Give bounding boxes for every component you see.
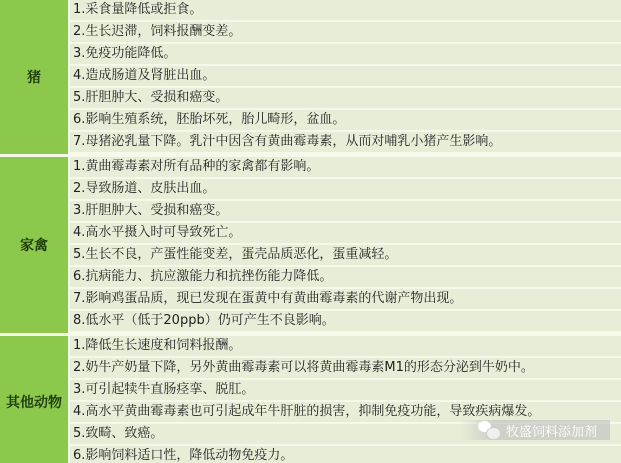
list-item: 1.黄曲霉毒素对所有品种的家禽都有影响。 bbox=[70, 157, 621, 179]
group-poultry: 家禽 1.黄曲霉毒素对所有品种的家禽都有影响。 2.导致肠道、皮肤出血。 3.肝… bbox=[0, 154, 621, 333]
group-label: 家禽 bbox=[0, 157, 70, 333]
item-list: 1.黄曲霉毒素对所有品种的家禽都有影响。 2.导致肠道、皮肤出血。 3.肝胆肿大… bbox=[70, 157, 621, 333]
list-item: 5.肝胆肿大、受损和癌变。 bbox=[70, 88, 621, 110]
list-item: 2.生长迟滞，饲料报酬变差。 bbox=[70, 22, 621, 44]
list-item: 2.导致肠道、皮肤出血。 bbox=[70, 179, 621, 201]
list-item: 4.高水平摄入时可导致死亡。 bbox=[70, 223, 621, 245]
list-item: 3.免疫功能降低。 bbox=[70, 44, 621, 66]
group-other-animals: 其他动物 1.降低生长速度和饲料报酬。 2.奶牛产奶量下降，另外黄曲霉毒素可以将… bbox=[0, 333, 621, 463]
list-item: 1.降低生长速度和饲料报酬。 bbox=[70, 336, 621, 358]
item-list: 1.降低生长速度和饲料报酬。 2.奶牛产奶量下降，另外黄曲霉毒素可以将黄曲霉毒素… bbox=[70, 336, 621, 463]
list-item: 6.影响生殖系统，胚胎坏死，胎儿畸形，盆血。 bbox=[70, 110, 621, 132]
list-item: 5.生长不良，产蛋性能变差，蛋壳品质恶化，蛋重减轻。 bbox=[70, 245, 621, 267]
wechat-icon bbox=[478, 421, 500, 439]
watermark: 牧盛饲料添加剂 bbox=[460, 420, 610, 440]
watermark-text: 牧盛饲料添加剂 bbox=[506, 421, 597, 440]
list-item: 4.造成肠道及肾脏出血。 bbox=[70, 66, 621, 88]
aflatoxin-effects-table: 猪 1.采食量降低或拒食。 2.生长迟滞，饲料报酬变差。 3.免疫功能降低。 4… bbox=[0, 0, 621, 463]
item-list: 1.采食量降低或拒食。 2.生长迟滞，饲料报酬变差。 3.免疫功能降低。 4.造… bbox=[70, 0, 621, 154]
list-item: 7.影响鸡蛋品质，现已发现在蛋黄中有黄曲霉毒素的代谢产物出现。 bbox=[70, 289, 621, 311]
list-item: 8.低水平（低于20ppb）仍可产生不良影响。 bbox=[70, 311, 621, 333]
group-pig: 猪 1.采食量降低或拒食。 2.生长迟滞，饲料报酬变差。 3.免疫功能降低。 4… bbox=[0, 0, 621, 154]
list-item: 1.采食量降低或拒食。 bbox=[70, 0, 621, 22]
list-item: 6.影响饲料适口性，降低动物免疫力。 bbox=[70, 446, 621, 463]
list-item: 3.可引起犊牛直肠痉挛、脱肛。 bbox=[70, 380, 621, 402]
list-item: 7.母猪泌乳量下降。乳汁中因含有黄曲霉毒素，从而对哺乳小猪产生影响。 bbox=[70, 132, 621, 154]
list-item: 3.肝胆肿大、受损和癌变。 bbox=[70, 201, 621, 223]
list-item: 2.奶牛产奶量下降，另外黄曲霉毒素可以将黄曲霉毒素M1的形态分泌到牛奶中。 bbox=[70, 358, 621, 380]
list-item: 6.抗病能力、抗应激能力和抗挫伤能力降低。 bbox=[70, 267, 621, 289]
group-label: 其他动物 bbox=[0, 336, 70, 463]
group-label: 猪 bbox=[0, 0, 70, 154]
